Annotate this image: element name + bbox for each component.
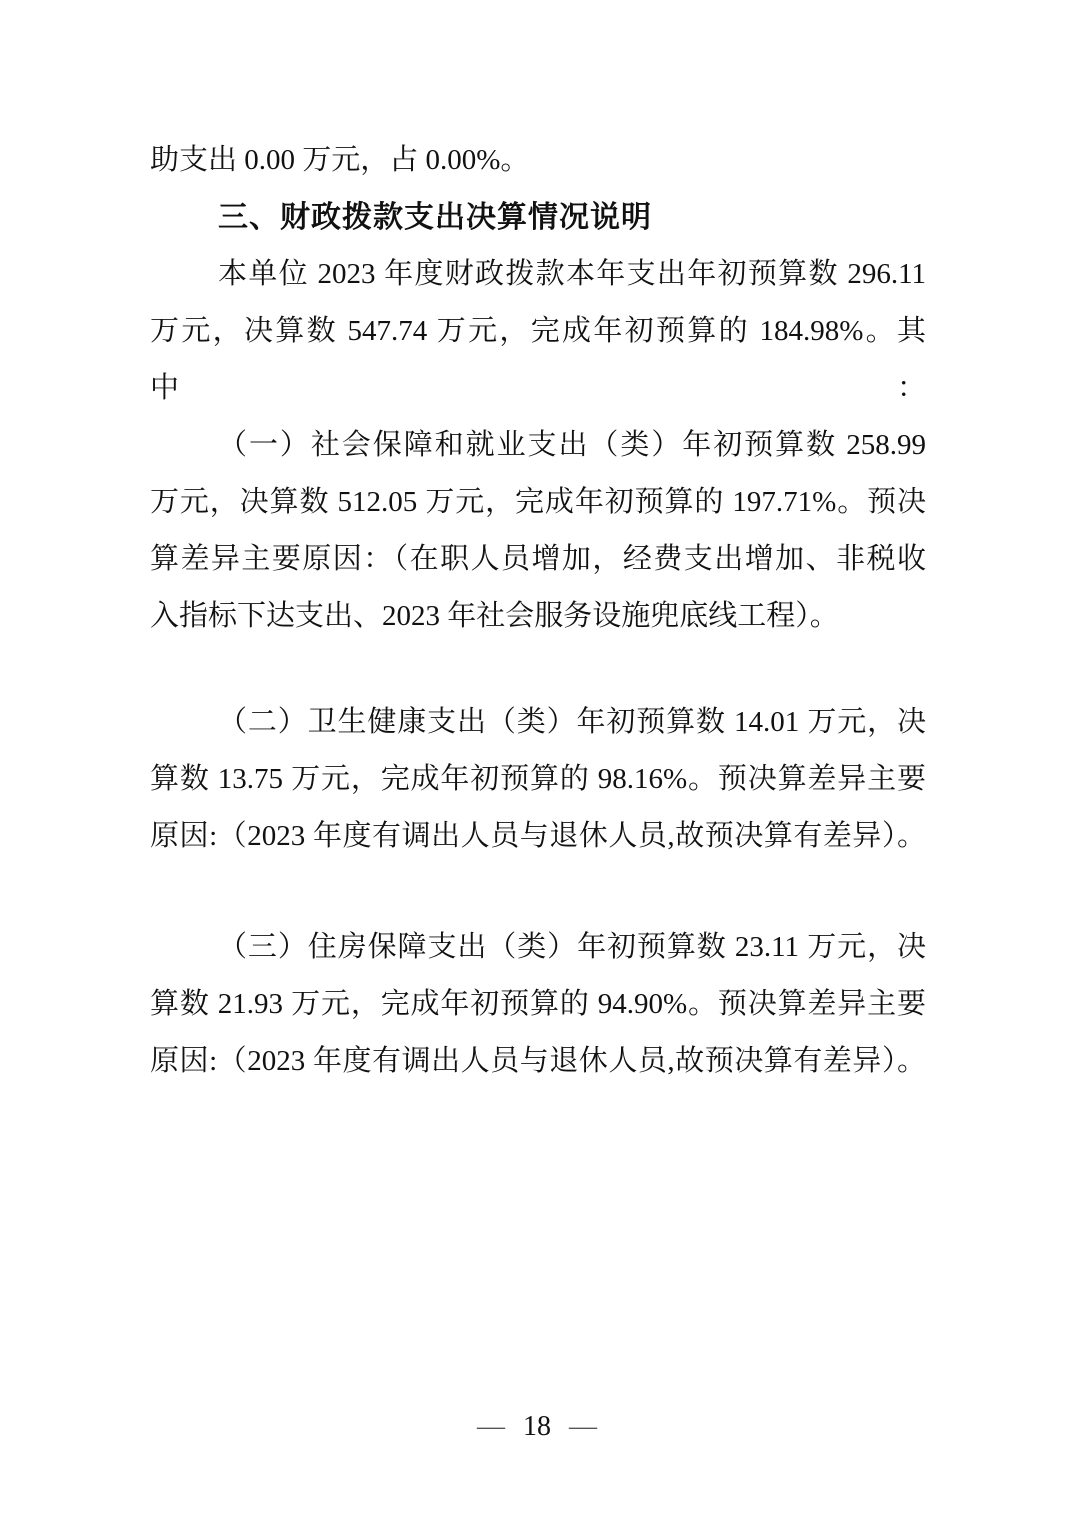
item-2-line-2: 算数 13.75 万元，完成年初预算的 98.16%。预决算差异主要: [150, 751, 926, 808]
document-page: 助支出 0.00 万元，占 0.00%。 三、财政拨款支出决算情况说明 本单位 …: [0, 0, 1074, 1520]
item-1-line-2: 万元，决算数 512.05 万元，完成年初预算的 197.71%。预决: [150, 474, 926, 531]
item-3-line-2: 算数 21.93 万元，完成年初预算的 94.90%。预决算差异主要: [150, 976, 926, 1033]
text-block: 助支出 0.00 万元，占 0.00%。 三、财政拨款支出决算情况说明 本单位 …: [150, 132, 926, 1090]
intro-paragraph-line-1: 本单位 2023 年度财政拨款本年支出年初预算数 296.11: [150, 246, 926, 303]
item-2-line-1: （二）卫生健康支出（类）年初预算数 14.01 万元，决: [150, 694, 926, 751]
item-1-line-1: （一）社会保障和就业支出（类）年初预算数 258.99: [150, 417, 926, 474]
intro-paragraph-line-2: 万元，决算数 547.74 万元，完成年初预算的 184.98%。其中：: [150, 303, 926, 360]
page-number: 18: [523, 1411, 551, 1443]
item-3-line-1: （三）住房保障支出（类）年初预算数 23.11 万元，决: [150, 919, 926, 976]
blank-line: [150, 645, 926, 694]
footer-dash-right: —: [569, 1411, 597, 1443]
item-1-line-4: 入指标下达支出、2023 年社会服务设施兜底线工程）。: [150, 588, 926, 645]
page-footer: — 18 —: [0, 1398, 1074, 1455]
item-2-line-3: 原因:（2023 年度有调出人员与退休人员,故预决算有差异）。: [150, 808, 926, 865]
item-3-line-3: 原因:（2023 年度有调出人员与退休人员,故预决算有差异）。: [150, 1033, 926, 1090]
blank-line: [150, 865, 926, 919]
paragraph-continuation-line: 助支出 0.00 万元，占 0.00%。: [150, 132, 926, 189]
footer-dash-left: —: [477, 1411, 505, 1443]
section-heading: 三、财政拨款支出决算情况说明: [150, 189, 926, 246]
item-1-line-3: 算差异主要原因：（在职人员增加，经费支出增加、非税收: [150, 531, 926, 588]
